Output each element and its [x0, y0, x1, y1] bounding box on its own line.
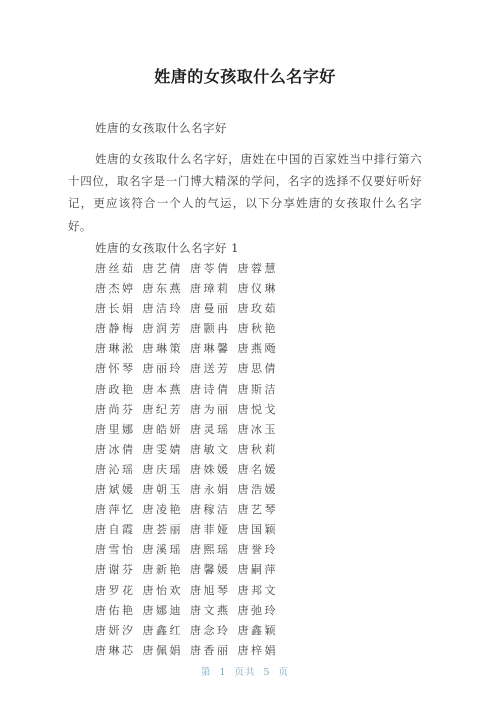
- girl-name: 唐熙瑶: [190, 543, 231, 556]
- girl-name: 唐丝茹: [95, 262, 136, 275]
- girl-name: 唐弛玲: [238, 604, 279, 617]
- girl-name: 唐冰玉: [238, 423, 279, 436]
- girl-name: 唐静梅: [95, 322, 136, 335]
- girl-name: 唐怡欢: [143, 584, 184, 597]
- girl-name: 唐嗣萍: [238, 563, 279, 576]
- girl-name: 唐皓妍: [143, 423, 184, 436]
- girl-name: 唐鑫红: [143, 624, 184, 637]
- girl-name: 唐香丽: [190, 644, 231, 657]
- girl-name: 唐璋莉: [190, 282, 231, 295]
- girl-name: 唐文燕: [190, 604, 231, 617]
- girl-name: 唐里娜: [95, 423, 136, 436]
- girl-name: 唐梓娟: [238, 644, 279, 657]
- pagination-current-page: 1: [219, 667, 226, 678]
- girl-name: 唐仪琳: [238, 282, 279, 295]
- girl-name: 唐敏文: [190, 443, 231, 456]
- name-row: 唐琳淞唐琳策唐琳馨唐燕飏: [95, 339, 422, 359]
- girl-name: 唐东燕: [143, 282, 184, 295]
- girl-name: 唐佑艳: [95, 604, 136, 617]
- name-row: 唐妍汐唐鑫红唐念玲唐鑫颖: [95, 621, 422, 641]
- girl-name: 唐洁玲: [143, 302, 184, 315]
- girl-name: 唐政艳: [95, 383, 136, 396]
- girl-name: 唐荟丽: [143, 523, 184, 536]
- name-row: 唐静梅唐润芳唐颢冉唐秋艳: [95, 319, 422, 339]
- girl-name: 唐菲娅: [190, 523, 231, 536]
- girl-name: 唐琳馨: [190, 342, 231, 355]
- girl-name: 唐秋艳: [238, 322, 279, 335]
- girl-name: 唐自霞: [95, 523, 136, 536]
- pagination-label-ye-gong: 页共: [234, 667, 255, 678]
- girl-name: 唐琳淞: [95, 342, 136, 355]
- pagination: 第1页共5页: [68, 667, 422, 679]
- girl-name: 唐佩娟: [143, 644, 184, 657]
- name-row: 唐里娜唐皓妍唐灵瑶唐冰玉: [95, 420, 422, 440]
- name-row: 唐斌媛唐朝玉唐永娟唐浩媛: [95, 480, 422, 500]
- girl-name: 唐艺倩: [143, 262, 184, 275]
- girl-name: 唐曼丽: [190, 302, 231, 315]
- girl-name: 唐庆瑶: [143, 463, 184, 476]
- girl-name: 唐国颖: [238, 523, 279, 536]
- girl-name: 唐诗倩: [190, 383, 231, 396]
- name-row: 唐罗花唐怡欢唐旭琴唐邦文: [95, 581, 422, 601]
- girl-name: 唐罗花: [95, 584, 136, 597]
- girl-name: 唐玫茹: [238, 302, 279, 315]
- girl-name: 唐姝媛: [190, 463, 231, 476]
- girl-name: 唐萍忆: [95, 503, 136, 516]
- name-row: 唐自霞唐荟丽唐菲娅唐国颖: [95, 520, 422, 540]
- name-row: 唐政艳唐本燕唐诗倩唐斯洁: [95, 380, 422, 400]
- girl-name: 唐雪怡: [95, 543, 136, 556]
- girl-name: 唐尚芬: [95, 403, 136, 416]
- girl-name: 唐溪瑶: [143, 543, 184, 556]
- girl-name: 唐邦文: [238, 584, 279, 597]
- girl-name: 唐斌媛: [95, 483, 136, 496]
- girl-name: 唐妍汐: [95, 624, 136, 637]
- girl-name: 唐名媛: [238, 463, 279, 476]
- girl-name: 唐冰倩: [95, 443, 136, 456]
- page-title: 姓唐的女孩取什么名字好: [68, 68, 422, 88]
- girl-name: 唐长娟: [95, 302, 136, 315]
- girl-name: 唐朝玉: [143, 483, 184, 496]
- name-row: 唐沁瑶唐庆瑶唐姝媛唐名媛: [95, 460, 422, 480]
- girl-name: 唐灵瑶: [190, 423, 231, 436]
- girl-name: 唐艺琴: [238, 503, 279, 516]
- pagination-total-pages: 5: [264, 667, 271, 678]
- name-row: 唐长娟唐洁玲唐曼丽唐玫茹: [95, 299, 422, 319]
- doc-subtitle: 姓唐的女孩取什么名字好: [68, 120, 422, 136]
- name-row: 唐谢芬唐新艳唐馨媛唐嗣萍: [95, 560, 422, 580]
- girl-name: 唐纪芳: [143, 403, 184, 416]
- name-row: 唐佑艳唐娜迪唐文燕唐弛玲: [95, 601, 422, 621]
- pagination-label-di: 第: [201, 667, 212, 678]
- girl-name: 唐稼洁: [190, 503, 231, 516]
- girl-name: 唐斯洁: [238, 383, 279, 396]
- girl-name: 唐为丽: [190, 403, 231, 416]
- girl-name: 唐送芳: [190, 362, 231, 375]
- pagination-label-ye: 页: [279, 667, 290, 678]
- name-row: 唐琳芯唐佩娟唐香丽唐梓娟: [95, 641, 422, 661]
- name-row: 唐萍忆唐凌艳唐稼洁唐艺琴: [95, 500, 422, 520]
- girl-name: 唐杰婷: [95, 282, 136, 295]
- name-row: 唐怀琴唐丽玲唐送芳唐思倩: [95, 359, 422, 379]
- girl-name: 唐新艳: [143, 563, 184, 576]
- girl-name: 唐念玲: [190, 624, 231, 637]
- names-list: 唐丝茹唐艺倩唐苓倩唐蓉慧唐杰婷唐东燕唐璋莉唐仪琳唐长娟唐洁玲唐曼丽唐玫茹唐静梅唐…: [95, 259, 422, 661]
- section-heading: 姓唐的女孩取什么名字好 1: [68, 237, 422, 259]
- girl-name: 唐谢芬: [95, 563, 136, 576]
- girl-name: 唐永娟: [190, 483, 231, 496]
- name-row: 唐尚芬唐纪芳唐为丽唐悦戈: [95, 400, 422, 420]
- document-page: 姓唐的女孩取什么名字好 姓唐的女孩取什么名字好 姓唐的女孩取什么名字好，唐姓在中…: [0, 0, 500, 707]
- girl-name: 唐琳策: [143, 342, 184, 355]
- girl-name: 唐浩媛: [238, 483, 279, 496]
- girl-name: 唐燕飏: [238, 342, 279, 355]
- girl-name: 唐丽玲: [143, 362, 184, 375]
- girl-name: 唐娜迪: [143, 604, 184, 617]
- name-row: 唐冰倩唐雯婧唐敏文唐秋莉: [95, 440, 422, 460]
- girl-name: 唐凌艳: [143, 503, 184, 516]
- girl-name: 唐怀琴: [95, 362, 136, 375]
- girl-name: 唐悦戈: [238, 403, 279, 416]
- name-row: 唐雪怡唐溪瑶唐熙瑶唐誉玲: [95, 540, 422, 560]
- name-row: 唐丝茹唐艺倩唐苓倩唐蓉慧: [95, 259, 422, 279]
- girl-name: 唐思倩: [238, 362, 279, 375]
- girl-name: 唐誉玲: [238, 543, 279, 556]
- girl-name: 唐旭琴: [190, 584, 231, 597]
- name-row: 唐杰婷唐东燕唐璋莉唐仪琳: [95, 279, 422, 299]
- girl-name: 唐琳芯: [95, 644, 136, 657]
- girl-name: 唐苓倩: [190, 262, 231, 275]
- girl-name: 唐鑫颖: [238, 624, 279, 637]
- girl-name: 唐颢冉: [190, 322, 231, 335]
- girl-name: 唐本燕: [143, 383, 184, 396]
- girl-name: 唐润芳: [143, 322, 184, 335]
- girl-name: 唐蓉慧: [238, 262, 279, 275]
- girl-name: 唐秋莉: [238, 443, 279, 456]
- girl-name: 唐雯婧: [143, 443, 184, 456]
- intro-paragraph: 姓唐的女孩取什么名字好，唐姓在中国的百家姓当中排行第六十四位，取名字是一门博大精…: [68, 148, 422, 237]
- girl-name: 唐馨媛: [190, 563, 231, 576]
- girl-name: 唐沁瑶: [95, 463, 136, 476]
